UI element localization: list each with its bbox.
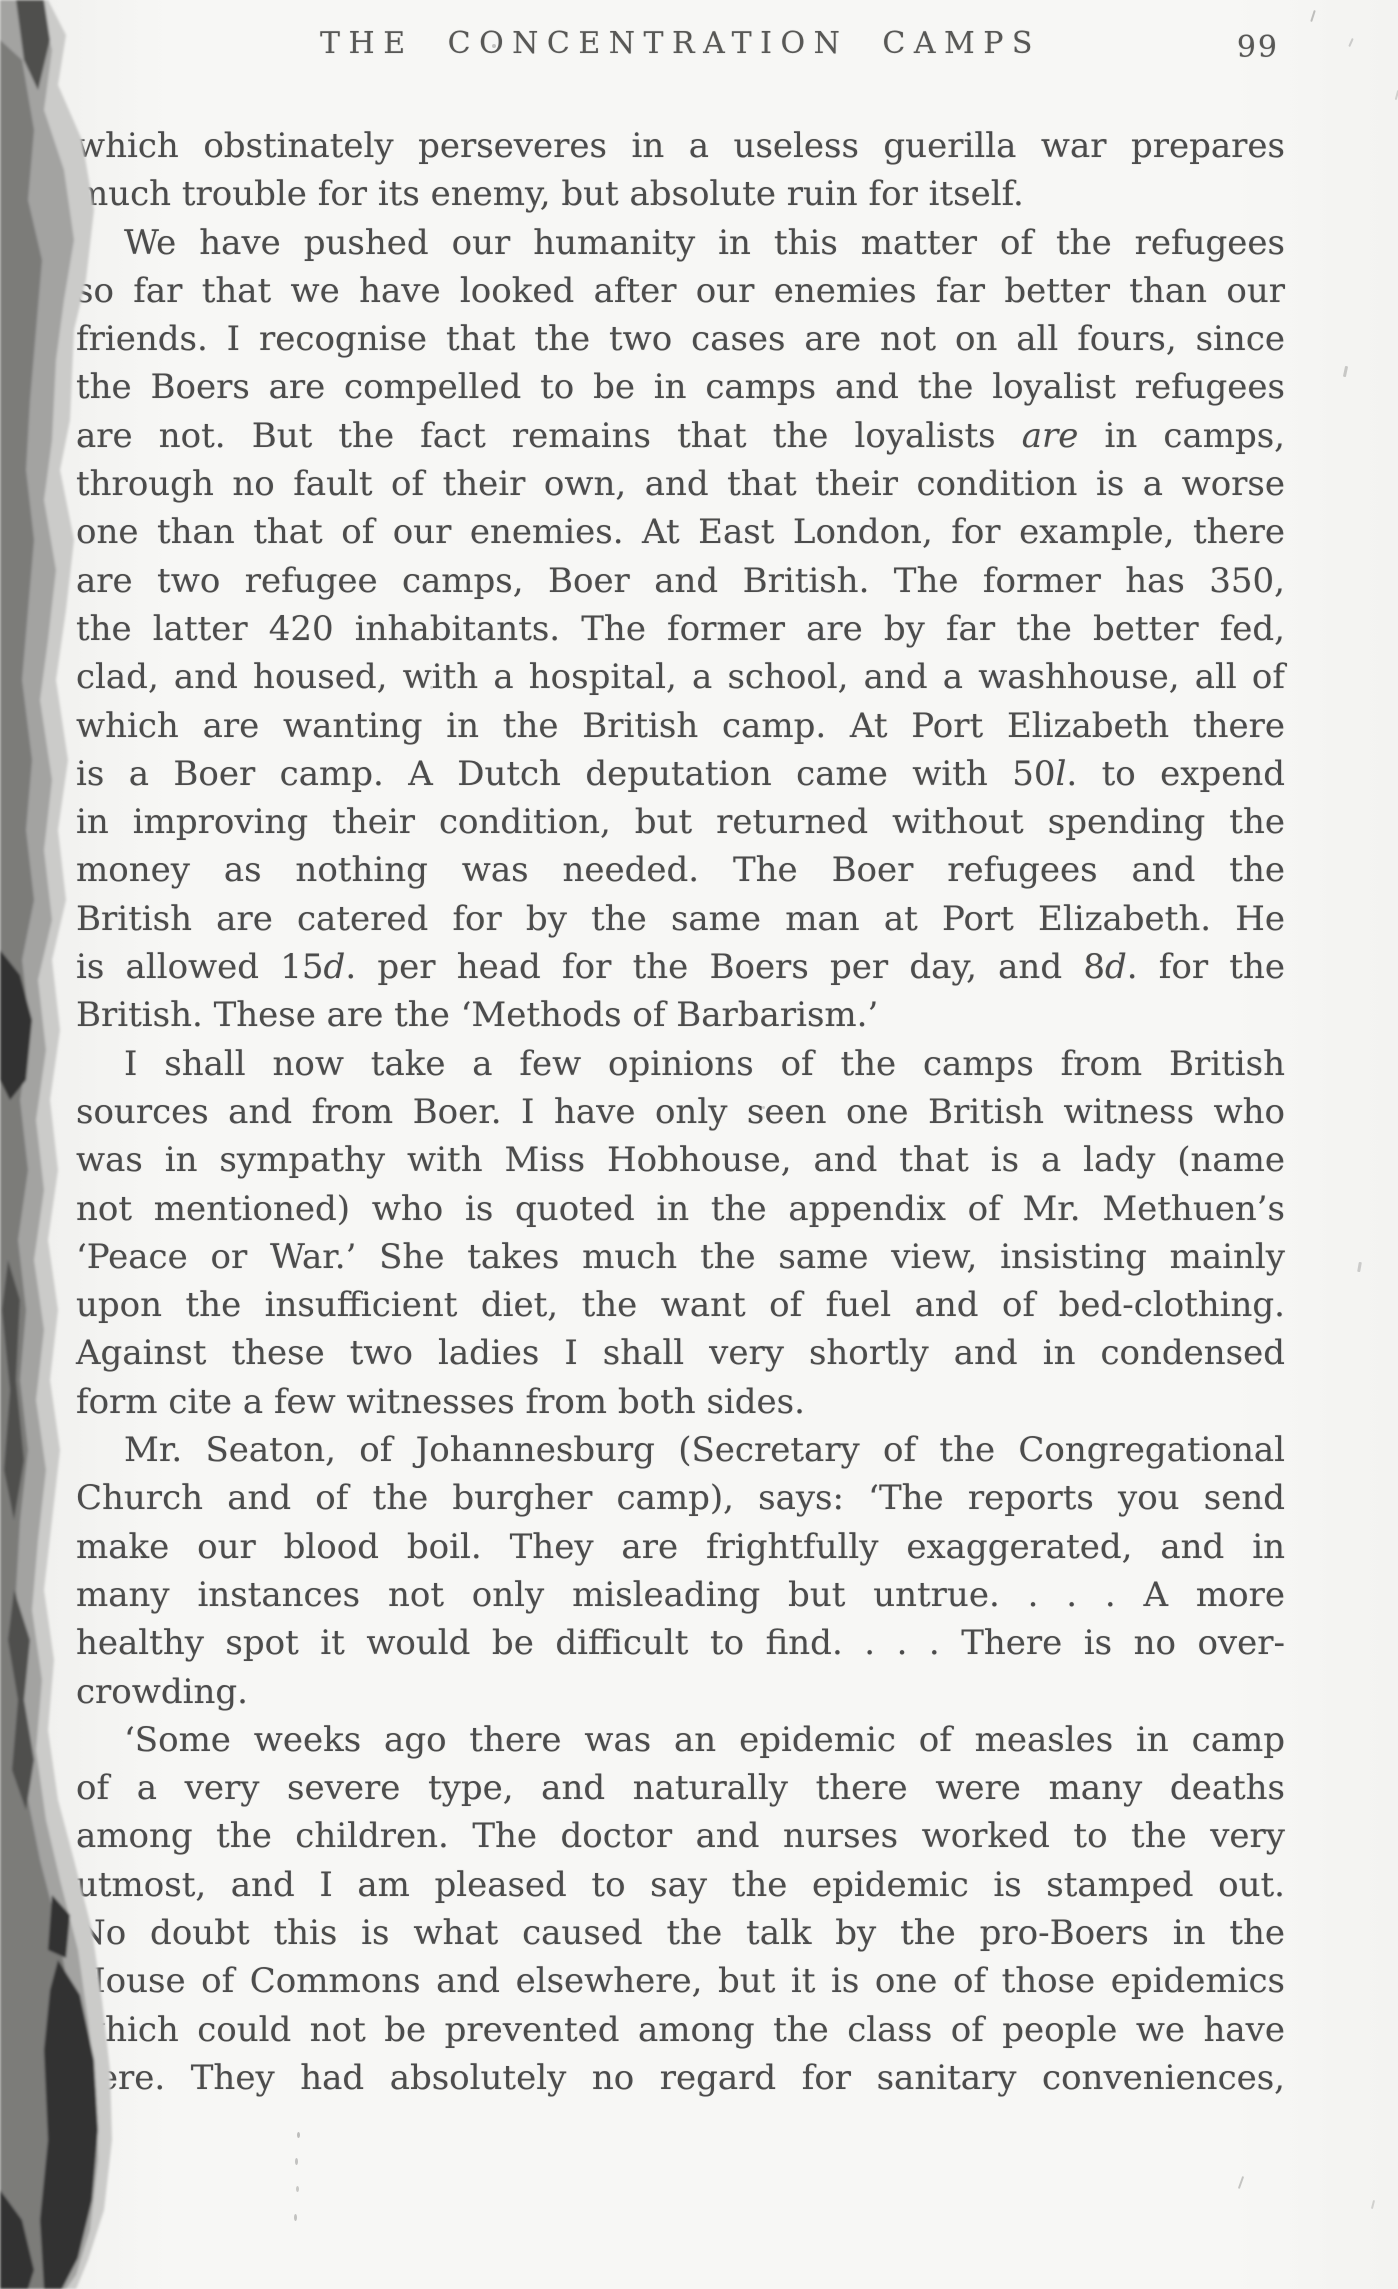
- paragraph: We have pushed our humanity in this matt…: [76, 219, 1285, 1040]
- text-line: crowding.: [76, 1668, 1285, 1716]
- text-line: Mr. Seaton, of Johannesburg (Secretary o…: [76, 1426, 1285, 1474]
- text-line: ‘Peace or War.’ She takes much the same …: [76, 1233, 1285, 1281]
- text-line: ‘Some weeks ago there was an epidemic of…: [76, 1716, 1285, 1764]
- text-line: which could not be prevented among the c…: [76, 2006, 1285, 2054]
- text-line: the Boers are compelled to be in camps a…: [76, 363, 1285, 411]
- text-line: which are wanting in the British camp. A…: [76, 702, 1285, 750]
- text-line: House of Commons and elsewhere, but it i…: [76, 1957, 1285, 2005]
- paragraph: ‘Some weeks ago there was an epidemic of…: [76, 1716, 1285, 2102]
- scan-speck: [1310, 10, 1316, 22]
- text-line: the latter 420 inhabitants. The former a…: [76, 605, 1285, 653]
- text-line: friends. I recognise that the two cases …: [76, 315, 1285, 363]
- text-line: utmost, and I am pleased to say the epid…: [76, 1861, 1285, 1909]
- text-line: clad, and housed, with a hospital, a sch…: [76, 653, 1285, 701]
- scan-speck: [1357, 1262, 1362, 1272]
- text-line: much trouble for its enemy, but absolute…: [76, 170, 1285, 218]
- text-line: upon the insufficient diet, the want of …: [76, 1281, 1285, 1329]
- text-line: one than that of our enemies. At East Lo…: [76, 508, 1285, 556]
- scan-speck: [296, 2186, 299, 2192]
- text-line: in improving their condition, but return…: [76, 798, 1285, 846]
- page-number: 99: [1237, 30, 1279, 65]
- text-line: We have pushed our humanity in this matt…: [76, 219, 1285, 267]
- text-line: not mentioned) who is quoted in the appe…: [76, 1185, 1285, 1233]
- page-body: which obstinately perseveres in a useles…: [76, 122, 1285, 2102]
- scan-speck: [1348, 38, 1353, 47]
- scan-speck: [1238, 2176, 1244, 2189]
- running-title: THE CONCENTRATION CAMPS: [76, 26, 1285, 61]
- text-line: healthy spot it would be difficult to fi…: [76, 1619, 1285, 1667]
- paragraph: Mr. Seaton, of Johannesburg (Secretary o…: [76, 1426, 1285, 1716]
- text-line: make our blood boil. They are frightfull…: [76, 1523, 1285, 1571]
- text-line: is allowed 15d. per head for the Boers p…: [76, 943, 1285, 991]
- book-page: THE CONCENTRATION CAMPS 99 which obstina…: [0, 0, 1398, 2289]
- scan-speck: [1371, 2200, 1375, 2209]
- text-line: are not. But the fact remains that the l…: [76, 412, 1285, 460]
- paragraph: which obstinately perseveres in a useles…: [76, 122, 1285, 219]
- text-line: Church and of the burgher camp), says: ‘…: [76, 1474, 1285, 1522]
- text-line: through no fault of their own, and that …: [76, 460, 1285, 508]
- text-line: so far that we have looked after our ene…: [76, 267, 1285, 315]
- scan-speck: [294, 2214, 297, 2221]
- text-line: Against these two ladies I shall very sh…: [76, 1329, 1285, 1377]
- text-line: money as nothing was needed. The Boer re…: [76, 846, 1285, 894]
- scan-speck: [295, 2158, 298, 2165]
- text-line: I shall now take a few opinions of the c…: [76, 1040, 1285, 1088]
- scan-speck: [297, 2132, 300, 2138]
- text-line: British. These are the ‘Methods of Barba…: [76, 991, 1285, 1039]
- text-line: here. They had absolutely no regard for …: [76, 2054, 1285, 2102]
- text-line: form cite a few witnesses from both side…: [76, 1378, 1285, 1426]
- text-line: is a Boer camp. A Dutch deputation came …: [76, 750, 1285, 798]
- scan-speck: [1343, 366, 1348, 377]
- text-line: among the children. The doctor and nurse…: [76, 1812, 1285, 1860]
- text-line: are two refugee camps, Boer and British.…: [76, 557, 1285, 605]
- paragraph: I shall now take a few opinions of the c…: [76, 1040, 1285, 1426]
- text-line: was in sympathy with Miss Hobhouse, and …: [76, 1136, 1285, 1184]
- page-header: THE CONCENTRATION CAMPS 99: [76, 26, 1285, 72]
- text-line: sources and from Boer. I have only seen …: [76, 1088, 1285, 1136]
- text-line: of a very severe type, and naturally the…: [76, 1764, 1285, 1812]
- text-line: No doubt this is what caused the talk by…: [76, 1909, 1285, 1957]
- text-line: which obstinately perseveres in a useles…: [76, 122, 1285, 170]
- text-line: British are catered for by the same man …: [76, 895, 1285, 943]
- text-line: many instances not only misleading but u…: [76, 1571, 1285, 1619]
